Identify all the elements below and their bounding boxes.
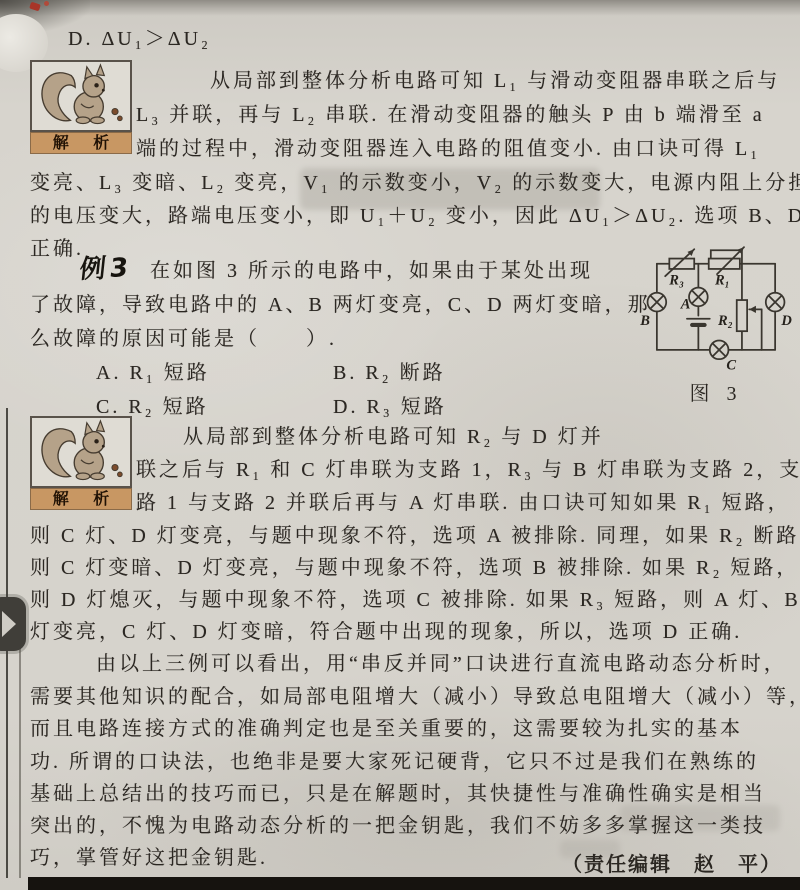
figure-label-r1: R₁ — [714, 272, 730, 288]
option-a: A. R₁ 短路 — [96, 356, 210, 385]
squirrel-mascot-icon — [30, 416, 132, 488]
analysis1-line: 变亮、L₃ 变暗、L₂ 变亮，V₁ 的示数变小，V₂ 的示数变大，电源内阻上分担 — [30, 166, 800, 195]
analysis2-line: 则 C 灯、D 灯变亮，与题中现象不符，选项 A 被排除. 同理，如果 R₂ 断… — [30, 519, 800, 548]
analysis1-line: 端的过程中，滑动变阻器连入电路的阻值变小. 由口诀可得 L₁ — [136, 132, 760, 161]
page-turn-arrow-icon — [0, 597, 26, 651]
figure-label-r2: R₂ — [717, 313, 733, 329]
analysis2-line: 则 C 灯变暗、D 灯变亮，与题中现象不符，选项 B 被排除. 如果 R₂ 短路… — [30, 551, 799, 580]
editor-credit: （责任编辑 赵 平） — [562, 848, 782, 877]
option-d-line: D. ΔU₁＞ΔU₂ — [68, 22, 211, 51]
circuit-diagram: R₃ R₁ R₂ A B C D — [638, 243, 794, 382]
summary-line: 巧，掌管好这把金钥匙. — [30, 841, 268, 870]
analysis1-line: 的电压变大，路端电压变小，即 U₁＋U₂ 变小，因此 ΔU₁＞ΔU₂. 选项 B… — [30, 199, 800, 228]
summary-line: 而且电路连接方式的准确判定也是至关重要的，这需要较为扎实的基本 — [30, 712, 743, 741]
scanned-textbook-page: D. ΔU₁＞ΔU₂ 解 析 从局部到整体分析电路可知 L₁ 与滑动变阻器串联之… — [0, 0, 800, 890]
figure-label-b: B — [639, 313, 650, 329]
analysis1-line: L₃ 并联，再与 L₂ 串联. 在滑动变阻器的触头 P 由 b 端滑至 a — [136, 98, 765, 127]
scan-bottom-edge — [28, 877, 800, 890]
figure-label-r3: R₃ — [668, 272, 684, 288]
analysis-badge: 解 析 — [30, 488, 132, 510]
option-d: D. R₃ 短路 — [333, 390, 447, 419]
analysis2-line: 灯变亮，C 灯、D 灯变暗，符合题中出现的现象，所以，选项 D 正确. — [30, 615, 742, 644]
example3-line: 了故障，导致电路中的 A、B 两灯变亮，C、D 两灯变暗，那 — [30, 288, 651, 317]
analysis2-line: 则 D 灯熄灭，与题中现象不符，选项 C 被排除. 如果 R₃ 短路，则 A 灯… — [30, 583, 800, 612]
option-b: B. R₂ 断路 — [333, 356, 446, 385]
analysis2-line: 从局部到整体分析电路可知 R₂ 与 D 灯并 — [183, 420, 604, 449]
analysis2-line: 联之后与 R₁ 和 C 灯串联为支路 1，R₃ 与 B 灯串联为支路 2，支 — [136, 453, 800, 482]
example-label: 例3 — [78, 247, 134, 286]
figure-label-c: C — [726, 358, 736, 374]
scan-top-edge — [0, 0, 800, 16]
summary-line: 功. 所谓的口诀法，也绝非是要大家死记硬背，它只不过是我们在熟练的 — [30, 745, 759, 774]
example3-line: 在如图 3 所示的电路中，如果由于某处出现 — [150, 254, 593, 283]
analysis-mascot-1: 解 析 — [30, 60, 132, 154]
ink-speck — [44, 1, 49, 6]
summary-line: 突出的，不愧为电路动态分析的一把金钥匙，我们不妨多多掌握这一类技 — [30, 809, 766, 838]
margin-rule — [19, 648, 21, 878]
figure-label-a: A — [680, 296, 691, 312]
option-c: C. R₂ 短路 — [96, 390, 209, 419]
analysis-mascot-2: 解 析 — [30, 416, 132, 510]
analysis1-line: 正确. — [30, 232, 84, 261]
analysis1-line: 从局部到整体分析电路可知 L₁ 与滑动变阻器串联之后与 — [210, 64, 780, 93]
figure-caption: 图 3 — [638, 377, 794, 406]
figure-label-d: D — [780, 313, 792, 329]
analysis-badge: 解 析 — [30, 132, 132, 154]
squirrel-mascot-icon — [30, 60, 132, 132]
example3-line: 么故障的原因可能是（ ）. — [30, 322, 337, 351]
circuit-figure: R₃ R₁ R₂ A B C D — [638, 243, 794, 387]
summary-line: 由以上三例可以看出，用“串反并同”口诀进行直流电路动态分析时， — [96, 647, 787, 676]
summary-line: 基础上总结出的技巧而已，只是在解题时，其快捷性与准确性确实是相当 — [30, 777, 766, 806]
summary-line: 需要其他知识的配合，如局部电阻增大（减小）导致总电阻增大（减小）等， — [30, 680, 800, 709]
analysis2-line: 路 1 与支路 2 并联后再与 A 灯串联. 由口诀可知如果 R₁ 短路， — [136, 486, 791, 515]
